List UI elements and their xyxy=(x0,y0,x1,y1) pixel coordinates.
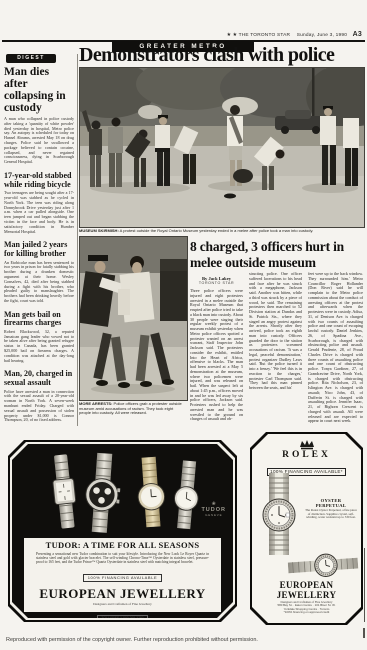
main-photo-illustration xyxy=(80,68,364,227)
tudor-brand-sub: GENEVE xyxy=(201,513,226,517)
tudor-new-location-address: Yorkdale 782-9796 xyxy=(188,630,212,634)
digest-label: DIGEST xyxy=(6,54,56,63)
digest-item: Man jailed 2 years for killing brother A… xyxy=(4,241,74,303)
tudor-new-location-label: NEW LOCATION xyxy=(189,627,211,631)
rolex-address-3: *100% financing on approved credit xyxy=(252,611,361,615)
digest-item-body: Police have arrested a man in connection… xyxy=(4,390,74,424)
rolex-ad-panel: ROLEX 100% FINANCING AVAILABLE* xyxy=(252,434,361,623)
rolex-crown-icon xyxy=(299,439,315,450)
arrest-photo-illustration xyxy=(80,237,187,400)
digest-item-title: 17-year-old stabbed while riding bicycle xyxy=(4,172,74,189)
rolex-watch2-photo xyxy=(287,550,359,581)
byline-organization: TORONTO STAR xyxy=(190,281,243,285)
tudor-ad: ❀ TUDOR GENEVE TUDOR: A TIME FOR ALL SEA… xyxy=(8,440,237,622)
byline: By Jack Lakey TORONTO STAR xyxy=(190,276,243,285)
digest-item: Man dies after collapsing in custody A m… xyxy=(4,66,74,165)
rolex-watch-photo xyxy=(256,472,302,556)
main-headline: Demonstrators clash with police xyxy=(79,44,367,67)
main-caption-lead: MUSEUM SKIRMISH: xyxy=(79,228,119,233)
main-caption-text: A protest outside the Royal Ontario Muse… xyxy=(119,228,313,233)
digest-item-body: An Etobicoke man has been sentenced to t… xyxy=(4,261,74,304)
masthead-date: Sunday, June 3, 1990 xyxy=(297,33,347,38)
masthead-title: ★ ★ THE TORONTO STAR xyxy=(227,33,291,38)
arrest-photo-caption: MORE ARRESTS: Police officers grab a pro… xyxy=(79,402,186,416)
rolex-model-block: OYSTER PERPETUAL The Rolex Oyster Perpet… xyxy=(305,498,357,520)
tudor-store-name: EUROPEAN JEWELLERY xyxy=(30,586,215,602)
digest-item-body: Two teenagers are being sought after a 1… xyxy=(4,191,74,234)
column-divider xyxy=(77,54,78,426)
digest-item-title: Man, 20, charged in sexual assault xyxy=(4,370,74,387)
digest-item-title: Man jailed 2 years for killing brother xyxy=(4,241,74,258)
tudor-text-panel: TUDOR: A TIME FOR ALL SEASONS Presenting… xyxy=(24,538,221,612)
rolex-model-name: OYSTER PERPETUAL xyxy=(305,498,357,508)
newspaper-page: ★ ★ THE TORONTO STAR Sunday, June 3, 199… xyxy=(0,0,367,650)
digest-item: 17-year-old stabbed while riding bicycle… xyxy=(4,172,74,234)
scan-artifact xyxy=(363,628,365,638)
digest-item: Man gets bail on firearms charges Robert… xyxy=(4,311,74,364)
tudor-locations: 580 Bay St. 961-2205 Eaton Centre 969-24… xyxy=(30,626,215,636)
digest-item: Man, 20, charged in sexual assault Polic… xyxy=(4,370,74,423)
scan-artifact xyxy=(364,548,365,622)
digest-item-body: A man who collapsed in police custody af… xyxy=(4,117,74,165)
article-column-3: feet were up to the back window. They su… xyxy=(308,272,363,428)
digest-item-body: Robert Blackwood, 32, a reputed Jamaican… xyxy=(4,330,74,364)
article-column-2: structing police. One officer suffered l… xyxy=(249,272,302,428)
tudor-logo: ❀ TUDOR GENEVE xyxy=(201,502,226,517)
copyright-footer: Reproduced with permission of the copyri… xyxy=(6,637,258,643)
digest-column: Man dies after collapsing in custody A m… xyxy=(4,66,74,434)
tudor-location-2: Eaton Centre 969-2440 xyxy=(79,629,111,633)
rolex-store-name: EUROPEAN JEWELLERY xyxy=(252,580,361,600)
rolex-ad: ROLEX 100% FINANCING AVAILABLE* xyxy=(250,432,363,625)
arrest-photo xyxy=(79,236,188,401)
tudor-ad-body: Presenting a sensational new Tudor combi… xyxy=(36,552,209,565)
tudor-watches-photo xyxy=(20,446,216,538)
tudor-ad-headline: TUDOR: A TIME FOR ALL SEASONS xyxy=(30,540,215,550)
rolex-store-block: EUROPEAN JEWELLERY Designers and Craftsm… xyxy=(252,580,361,615)
tudor-location-1: 580 Bay St. 961-2205 xyxy=(30,629,60,633)
tudor-financing-badge: 100% FINANCING AVAILABLE xyxy=(83,574,163,582)
main-photo-protest-clash xyxy=(79,67,365,228)
tudor-new-location-badge: NEW LOCATION Yorkdale 782-9796 xyxy=(185,626,215,636)
digest-item-title: Man dies after collapsing in custody xyxy=(4,66,74,114)
tudor-ad-field: ❀ TUDOR GENEVE TUDOR: A TIME FOR ALL SEA… xyxy=(12,444,233,618)
rolex-ad-body: OYSTER PERPETUAL The Rolex Oyster Perpet… xyxy=(252,470,361,578)
article-column-1: Three police officers were injured and e… xyxy=(190,289,243,428)
rolex-brand-name: ROLEX xyxy=(252,450,361,460)
digest-item-title: Man gets bail on firearms charges xyxy=(4,311,74,328)
masthead-page-number: A3 xyxy=(353,31,362,38)
tudor-location-3: 101 Bloor St. W. 961-3285 xyxy=(130,629,166,633)
rolex-model-description: The Rolex Oyster Perpetual, a fine piece… xyxy=(305,509,357,520)
sub-headline: 8 charged, 3 officers hurt in melee outs… xyxy=(190,239,364,270)
masthead: ★ ★ THE TORONTO STAR Sunday, June 3, 199… xyxy=(227,31,362,38)
main-photo-caption: MUSEUM SKIRMISH: A protest outside the R… xyxy=(79,229,363,234)
tudor-store-tagline: Designers and Craftsmen of Fine Jeweller… xyxy=(30,602,215,606)
